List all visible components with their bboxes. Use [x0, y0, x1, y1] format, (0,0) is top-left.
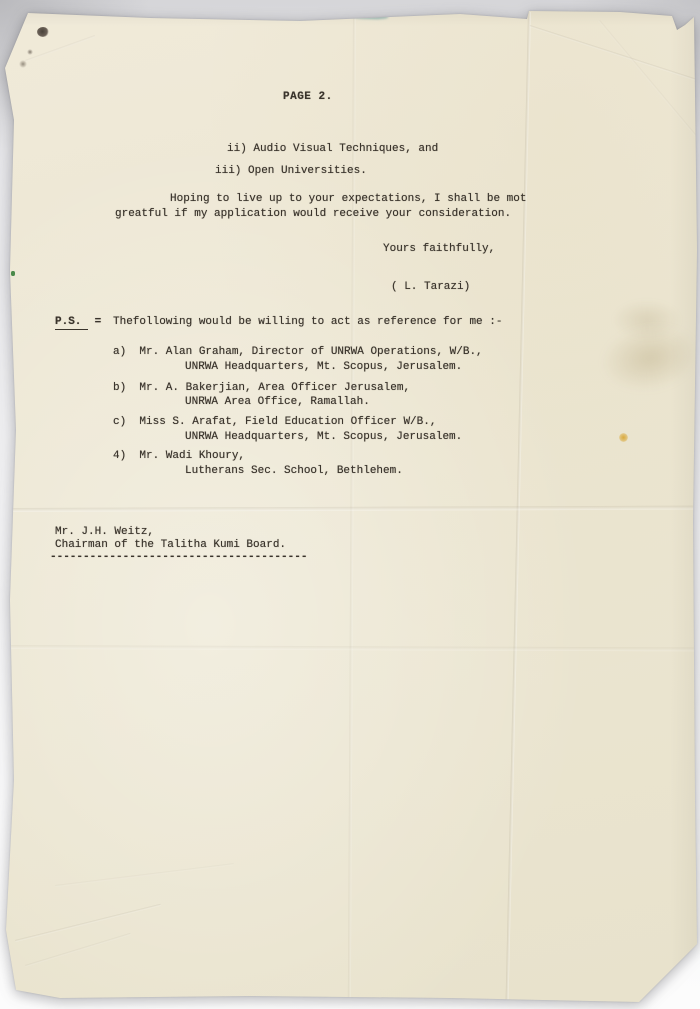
body-line-1: Hoping to live up to your expectations, … — [170, 193, 526, 206]
ps-label-underlined: P.S. — [55, 316, 88, 330]
reference-d-line-1: 4) Mr. Wadi Khoury, — [113, 450, 245, 463]
scanned-letter-photo: PAGE 2. ii) Audio Visual Techniques, and… — [0, 0, 700, 1009]
reference-b-line-2: UNRWA Area Office, Ramallah. — [185, 396, 370, 409]
signature-name: ( L. Tarazi) — [391, 281, 470, 294]
addressee-name: Mr. J.H. Weitz, — [55, 526, 154, 539]
ps-intro: Thefollowing would be willing to act as … — [113, 316, 502, 329]
reference-a-line-1: a) Mr. Alan Graham, Director of UNRWA Op… — [113, 346, 483, 359]
reference-c-line-1: c) Miss S. Arafat, Field Education Offic… — [113, 416, 436, 429]
typed-text-layer: PAGE 2. ii) Audio Visual Techniques, and… — [0, 0, 700, 1009]
page-number-heading: PAGE 2. — [283, 91, 333, 104]
reference-a-line-2: UNRWA Headquarters, Mt. Scopus, Jerusale… — [185, 361, 462, 374]
ps-label: P.S. = — [55, 316, 101, 329]
reference-d-line-2: Lutherans Sec. School, Bethlehem. — [185, 465, 403, 478]
reference-b-line-1: b) Mr. A. Bakerjian, Area Officer Jerusa… — [113, 382, 410, 395]
reference-c-line-2: UNRWA Headquarters, Mt. Scopus, Jerusale… — [185, 431, 462, 444]
ps-equals-sign: = — [88, 316, 101, 328]
body-line-2: greatful if my application would receive… — [115, 208, 511, 221]
list-item-iii: iii) Open Universities. — [215, 165, 367, 178]
document-page: PAGE 2. ii) Audio Visual Techniques, and… — [0, 0, 700, 1009]
closing-phrase: Yours faithfully, — [383, 243, 495, 256]
separator-dashes: --------------------------------------- — [50, 551, 307, 564]
list-item-ii: ii) Audio Visual Techniques, and — [227, 143, 438, 156]
paper-shadow-wrap: PAGE 2. ii) Audio Visual Techniques, and… — [0, 0, 700, 1009]
